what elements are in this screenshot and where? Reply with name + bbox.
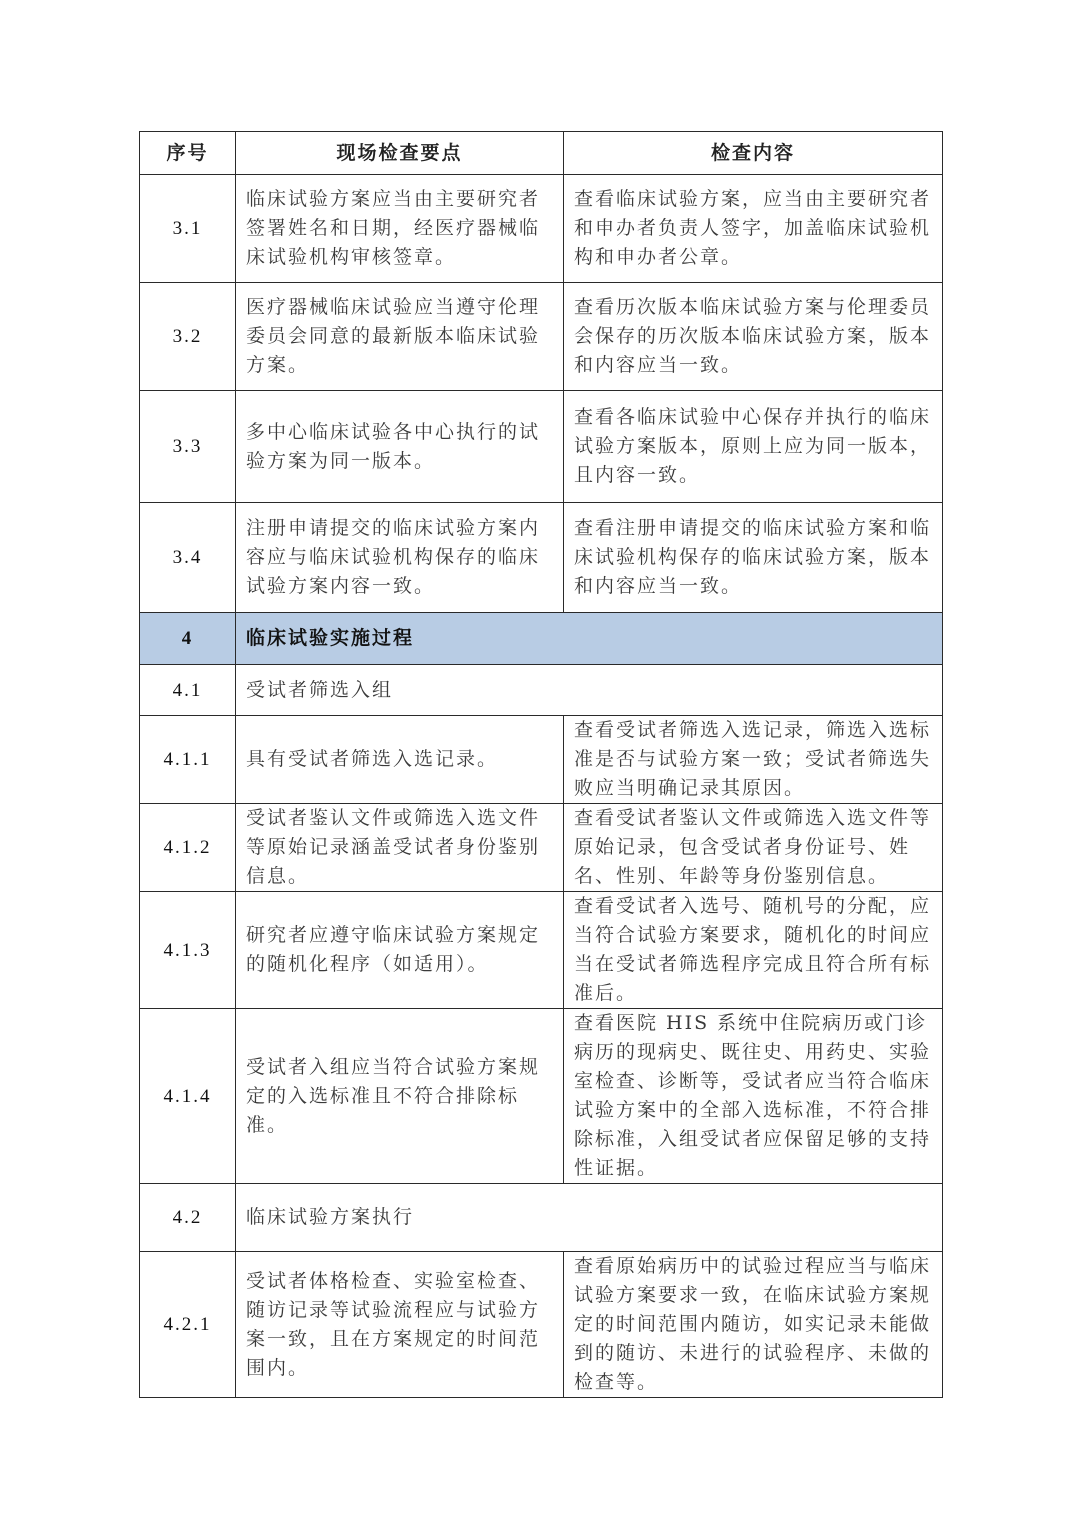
section-number: 4 <box>140 613 236 665</box>
table-row: 4.1.4 受试者入组应当符合试验方案规定的入选标准且不符合排除标准。 查看医院… <box>140 1009 943 1184</box>
subsection-row: 4.2 临床试验方案执行 <box>140 1184 943 1252</box>
inspection-point: 多中心临床试验各中心执行的试验方案为同一版本。 <box>236 391 564 503</box>
subsection-number: 4.2 <box>140 1184 236 1252</box>
inspection-point: 注册申请提交的临床试验方案内容应与临床试验机构保存的临床试验方案内容一致。 <box>236 503 564 613</box>
section-title: 临床试验实施过程 <box>236 613 943 665</box>
inspection-point: 受试者鉴认文件或筛选入选文件等原始记录涵盖受试者身份鉴别信息。 <box>236 804 564 892</box>
table-row: 4.1.2 受试者鉴认文件或筛选入选文件等原始记录涵盖受试者身份鉴别信息。 查看… <box>140 804 943 892</box>
table-row: 4.1.1 具有受试者筛选入选记录。 查看受试者筛选入选记录，筛选入选标准是否与… <box>140 716 943 804</box>
inspection-content: 查看历次版本临床试验方案与伦理委员会保存的历次版本临床试验方案，版本和内容应当一… <box>564 283 943 391</box>
row-number: 4.1.2 <box>140 804 236 892</box>
inspection-point: 临床试验方案应当由主要研究者签署姓名和日期，经医疗器械临床试验机构审核签章。 <box>236 175 564 283</box>
header-content: 检查内容 <box>564 132 943 175</box>
inspection-table: 序号 现场检查要点 检查内容 3.1 临床试验方案应当由主要研究者签署姓名和日期… <box>139 131 943 1398</box>
subsection-row: 4.1 受试者筛选入组 <box>140 665 943 716</box>
table-row: 3.4 注册申请提交的临床试验方案内容应与临床试验机构保存的临床试验方案内容一致… <box>140 503 943 613</box>
table-header-row: 序号 现场检查要点 检查内容 <box>140 132 943 175</box>
inspection-point: 研究者应遵守临床试验方案规定的随机化程序（如适用）。 <box>236 892 564 1009</box>
inspection-content: 查看原始病历中的试验过程应当与临床试验方案要求一致，在临床试验方案规定的时间范围… <box>564 1252 943 1398</box>
row-number: 4.1.4 <box>140 1009 236 1184</box>
row-number: 3.1 <box>140 175 236 283</box>
inspection-content: 查看注册申请提交的临床试验方案和临床试验机构保存的临床试验方案，版本和内容应当一… <box>564 503 943 613</box>
header-point: 现场检查要点 <box>236 132 564 175</box>
inspection-point: 受试者入组应当符合试验方案规定的入选标准且不符合排除标准。 <box>236 1009 564 1184</box>
table-row: 4.1.3 研究者应遵守临床试验方案规定的随机化程序（如适用）。 查看受试者入选… <box>140 892 943 1009</box>
inspection-content: 查看医院 HIS 系统中住院病历或门诊病历的现病史、既往史、用药史、实验室检查、… <box>564 1009 943 1184</box>
inspection-content: 查看临床试验方案，应当由主要研究者和申办者负责人签字，加盖临床试验机构和申办者公… <box>564 175 943 283</box>
inspection-point: 医疗器械临床试验应当遵守伦理委员会同意的最新版本临床试验方案。 <box>236 283 564 391</box>
subsection-title: 受试者筛选入组 <box>236 665 943 716</box>
inspection-point: 具有受试者筛选入选记录。 <box>236 716 564 804</box>
table-row: 3.3 多中心临床试验各中心执行的试验方案为同一版本。 查看各临床试验中心保存并… <box>140 391 943 503</box>
inspection-content: 查看各临床试验中心保存并执行的临床试验方案版本，原则上应为同一版本，且内容一致。 <box>564 391 943 503</box>
table-row: 3.2 医疗器械临床试验应当遵守伦理委员会同意的最新版本临床试验方案。 查看历次… <box>140 283 943 391</box>
inspection-content: 查看受试者入选号、随机号的分配，应当符合试验方案要求，随机化的时间应当在受试者筛… <box>564 892 943 1009</box>
subsection-title: 临床试验方案执行 <box>236 1184 943 1252</box>
table-row: 3.1 临床试验方案应当由主要研究者签署姓名和日期，经医疗器械临床试验机构审核签… <box>140 175 943 283</box>
row-number: 4.2.1 <box>140 1252 236 1398</box>
row-number: 3.2 <box>140 283 236 391</box>
table-row: 4.2.1 受试者体格检查、实验室检查、随访记录等试验流程应与试验方案一致，且在… <box>140 1252 943 1398</box>
row-number: 3.3 <box>140 391 236 503</box>
row-number: 4.1.1 <box>140 716 236 804</box>
inspection-content: 查看受试者筛选入选记录，筛选入选标准是否与试验方案一致；受试者筛选失败应当明确记… <box>564 716 943 804</box>
row-number: 3.4 <box>140 503 236 613</box>
inspection-content: 查看受试者鉴认文件或筛选入选文件等原始记录，包含受试者身份证号、姓名、性别、年龄… <box>564 804 943 892</box>
inspection-point: 受试者体格检查、实验室检查、随访记录等试验流程应与试验方案一致，且在方案规定的时… <box>236 1252 564 1398</box>
section-row: 4 临床试验实施过程 <box>140 613 943 665</box>
row-number: 4.1.3 <box>140 892 236 1009</box>
subsection-number: 4.1 <box>140 665 236 716</box>
header-no: 序号 <box>140 132 236 175</box>
